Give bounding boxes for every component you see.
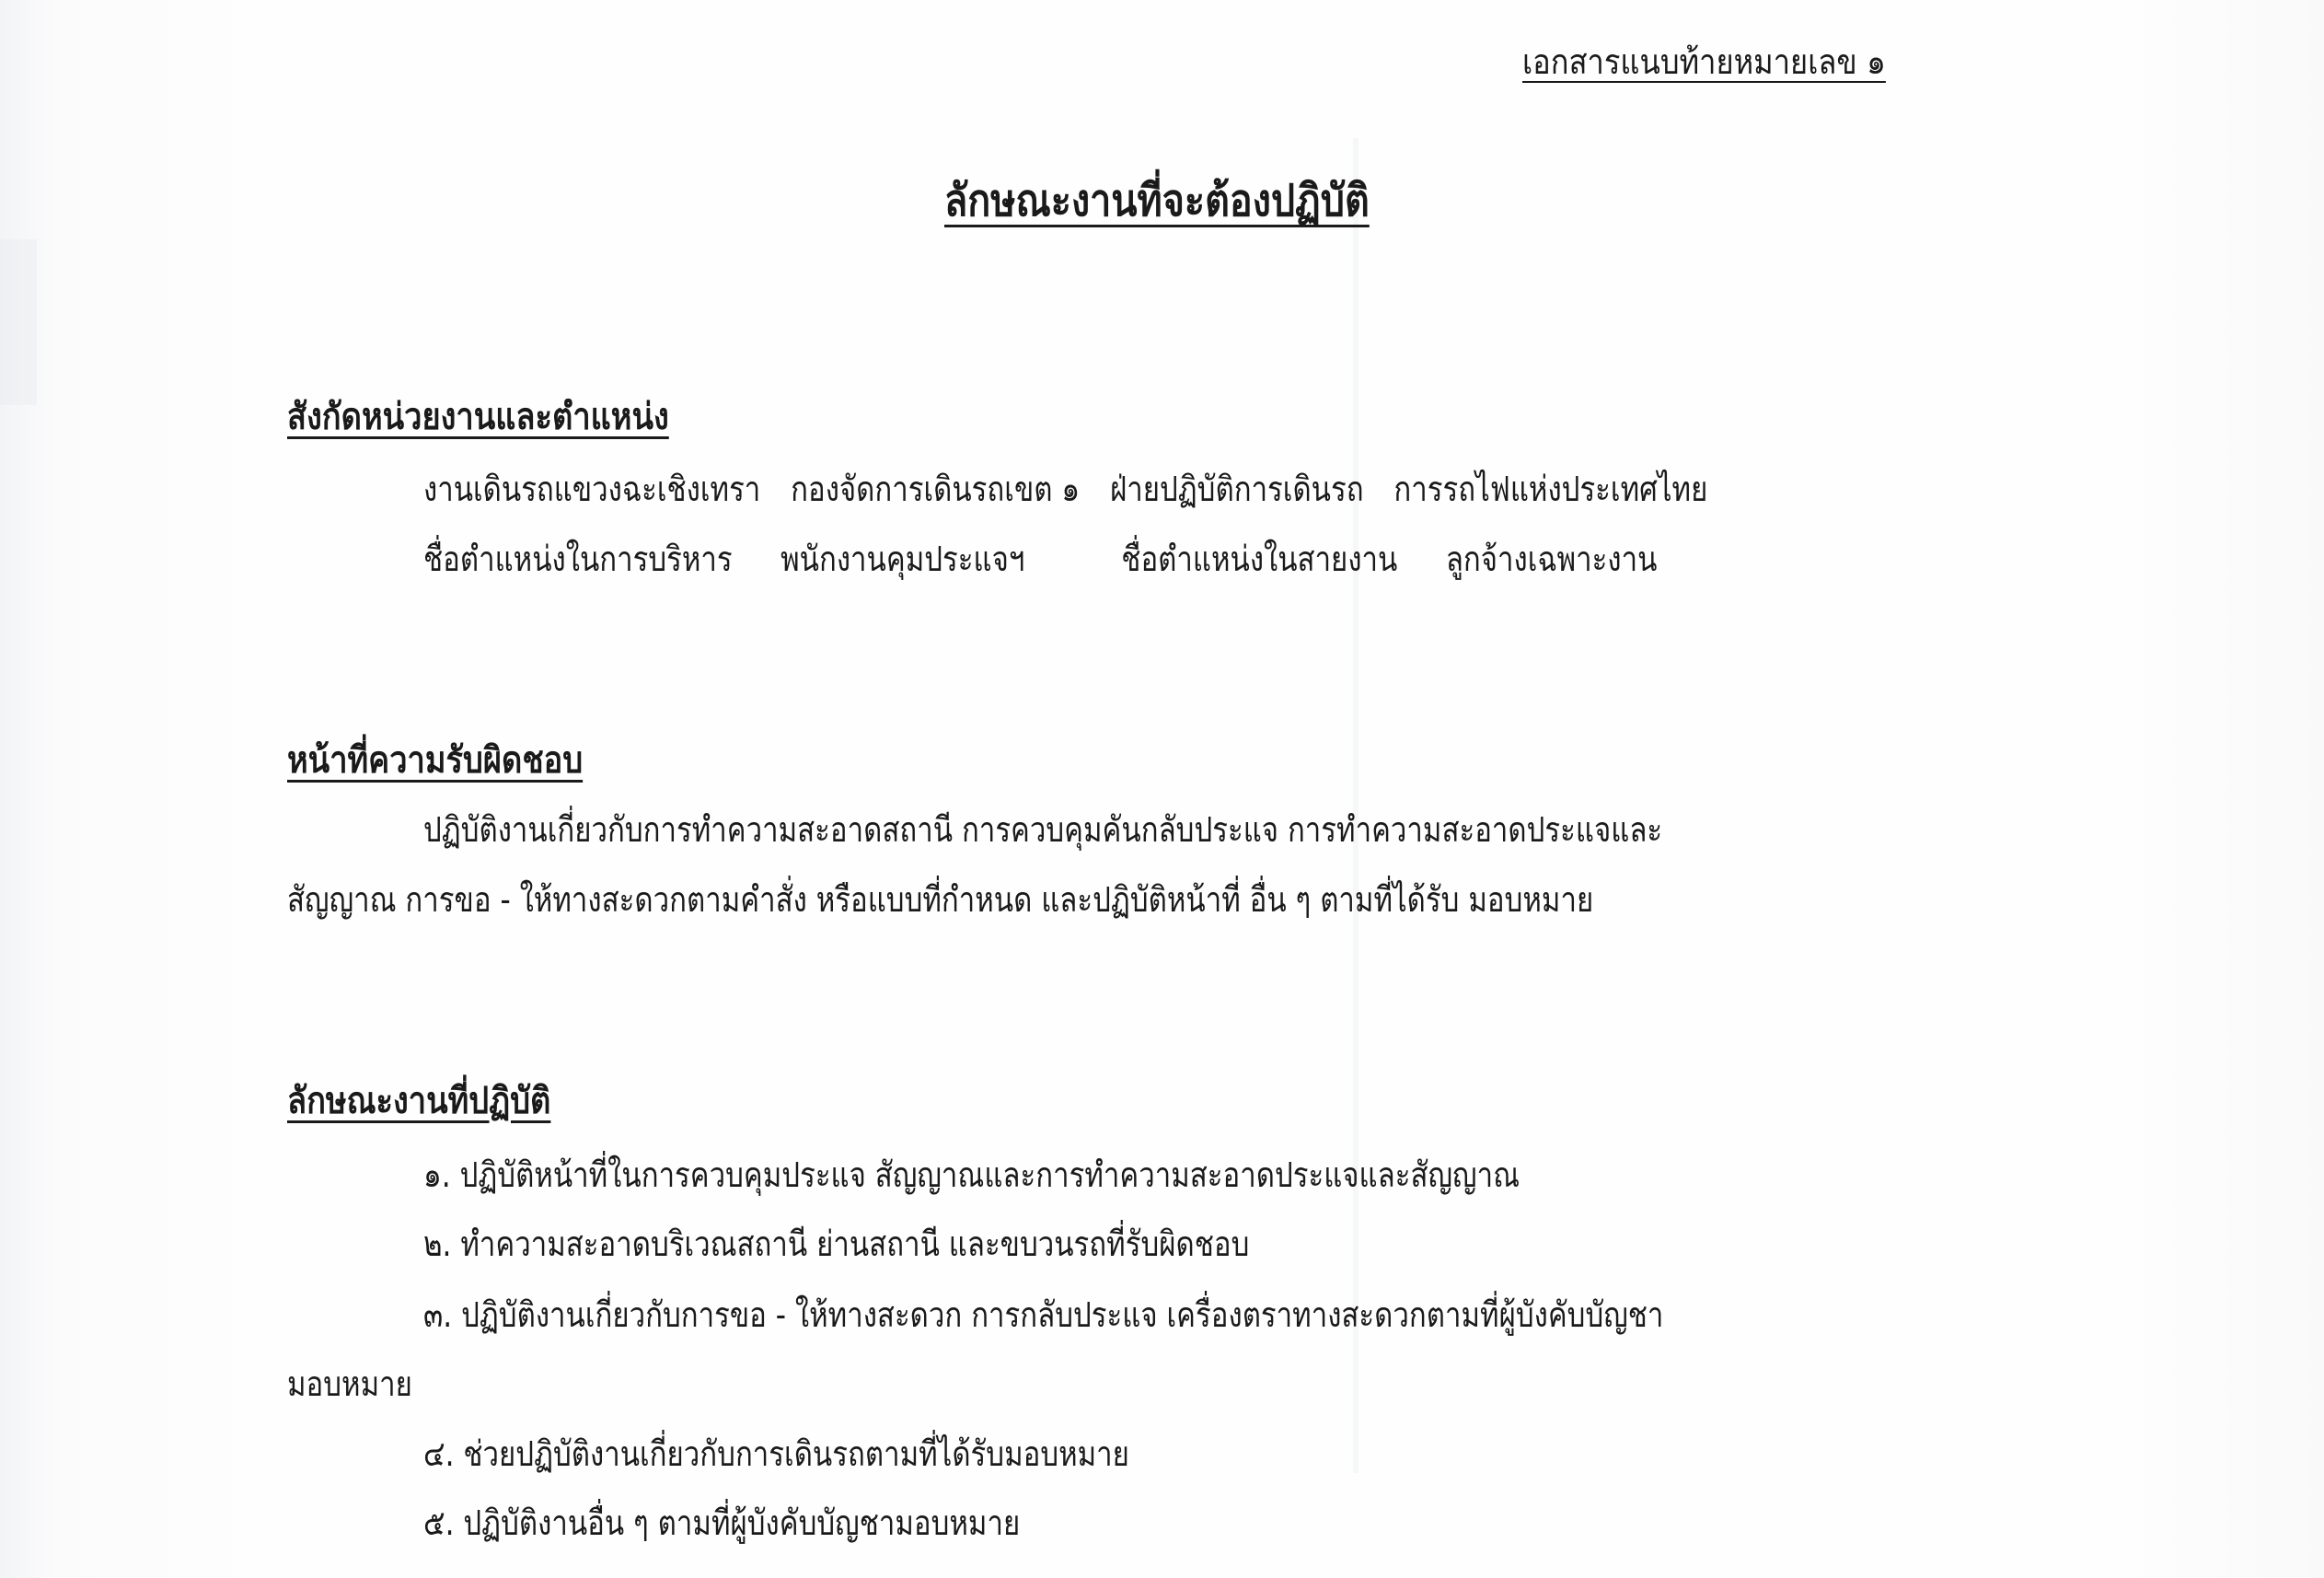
duty-item-3-continuation: มอบหมาย: [287, 1355, 412, 1411]
duty-item-2: ๒. ทำความสะอาดบริเวณสถานี ย่านสถานี และข…: [423, 1215, 1249, 1271]
org-unit-department: ฝ่ายปฏิบัติการเดินรถ: [1110, 469, 1364, 509]
attachment-reference-label: เอกสารแนบท้ายหมายเลข ๑: [1522, 33, 1886, 89]
org-unit-division: กองจัดการเดินรถเขต ๑: [791, 469, 1080, 509]
section-heading-duties: ลักษณะงานที่ปฏิบัติ: [287, 1071, 550, 1130]
duty-item-4: ๔. ช่วยปฏิบัติงานเกี่ยวกับการเดินรถตามที…: [423, 1425, 1129, 1481]
line-position-label: ชื่อตำแหน่งในสายงาน: [1121, 539, 1397, 579]
scanned-document-page: เอกสารแนบท้ายหมายเลข ๑ ลักษณะงานที่จะต้อ…: [0, 0, 2324, 1578]
affiliation-org-line: งานเดินรถแขวงฉะเชิงเทรากองจัดการเดินรถเข…: [423, 460, 1707, 516]
section-heading-affiliation: สังกัดหน่วยงานและตำแหน่ง: [287, 387, 669, 446]
responsibilities-paragraph-line-1: ปฏิบัติงานเกี่ยวกับการทำความสะอาดสถานี ก…: [423, 801, 1662, 857]
affiliation-position-line: ชื่อตำแหน่งในการบริหารพนักงานคุมประแจฯชื…: [423, 530, 1657, 586]
org-unit-organization: การรถไฟแห่งประเทศไทย: [1393, 469, 1707, 509]
duty-item-5: ๕. ปฏิบัติงานอื่น ๆ ตามที่ผู้บังคับบัญชา…: [423, 1494, 1020, 1550]
section-heading-responsibilities: หน้าที่ความรับผิดชอบ: [287, 730, 583, 789]
scan-artifact: [0, 239, 37, 405]
responsibilities-paragraph-line-2: สัญญาณ การขอ - ให้ทางสะดวกตามคำสั่ง หรือ…: [287, 871, 1593, 927]
duty-item-3: ๓. ปฏิบัติงานเกี่ยวกับการขอ - ให้ทางสะดว…: [423, 1286, 1663, 1342]
document-title: ลักษณะงานที่จะต้องปฏิบัติ: [944, 166, 1370, 236]
admin-position-label: ชื่อตำแหน่งในการบริหาร: [423, 539, 733, 579]
admin-position-value: พนักงานคุมประแจฯ: [780, 539, 1024, 579]
duty-item-1: ๑. ปฏิบัติหน้าที่ในการควบคุมประแจ สัญญาณ…: [423, 1146, 1520, 1202]
line-position-value: ลูกจ้างเฉพาะงาน: [1446, 539, 1658, 579]
org-unit-section: งานเดินรถแขวงฉะเชิงเทรา: [423, 469, 760, 509]
